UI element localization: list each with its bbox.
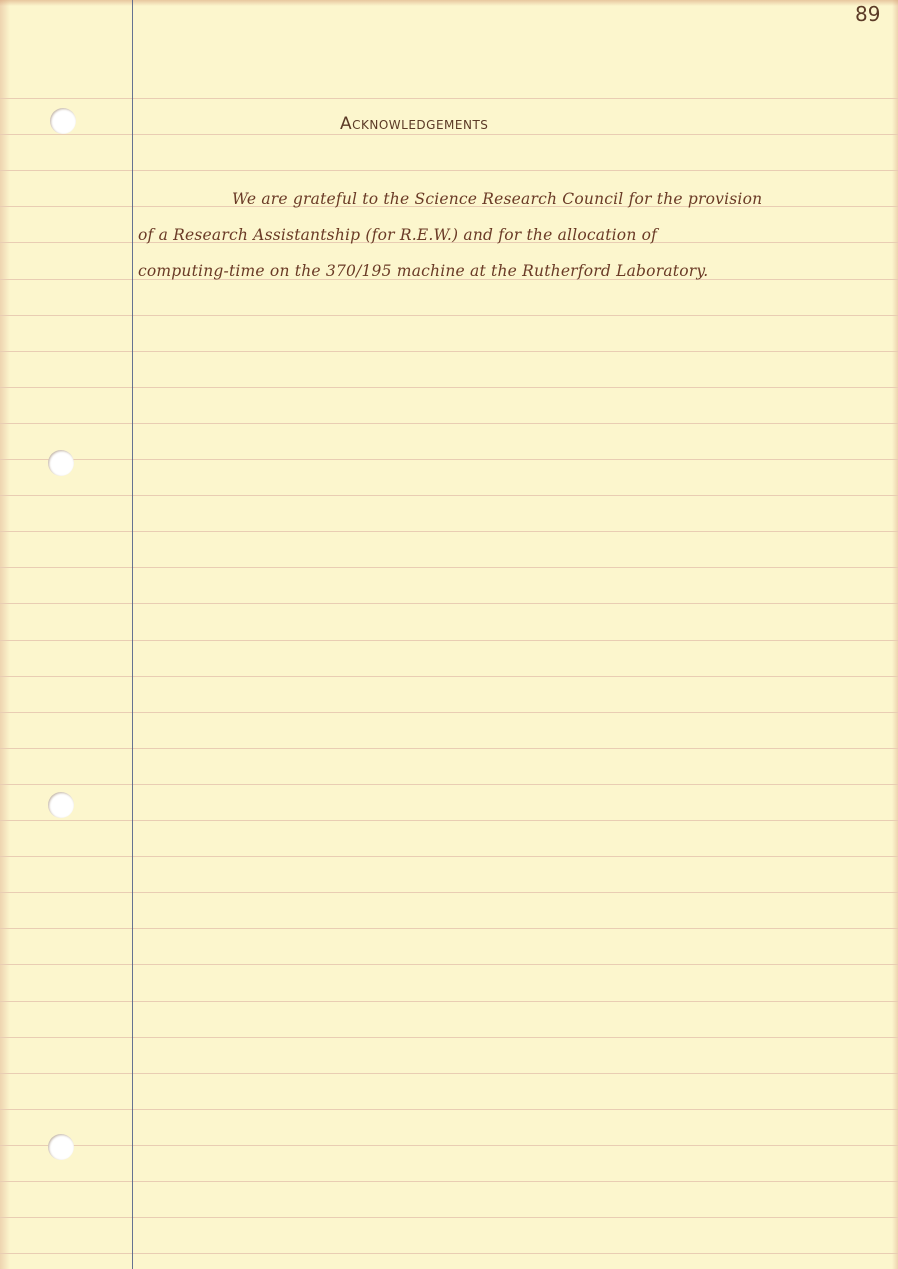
ruled-line <box>0 423 898 424</box>
ruled-line <box>0 603 898 604</box>
ruled-line <box>0 567 898 568</box>
body-text-line: computing-time on the 370/195 machine at… <box>138 262 708 280</box>
ruled-line <box>0 964 898 965</box>
margin-rule <box>132 0 133 1269</box>
ruled-line <box>0 820 898 821</box>
ruled-line <box>0 98 898 99</box>
ruled-line <box>0 134 898 135</box>
ruled-line <box>0 784 898 785</box>
body-text-line: We are grateful to the Science Research … <box>232 190 762 208</box>
punch-hole <box>48 450 74 476</box>
ruled-line <box>0 351 898 352</box>
punch-hole <box>48 1134 74 1160</box>
ruled-line <box>0 748 898 749</box>
punch-hole <box>48 792 74 818</box>
ruled-line <box>0 495 898 496</box>
ruled-line <box>0 1253 898 1254</box>
ruled-line <box>0 1109 898 1110</box>
ruled-line <box>0 315 898 316</box>
page-title: Acknowledgements <box>340 114 488 134</box>
ruled-line <box>0 892 898 893</box>
ruled-line <box>0 856 898 857</box>
page-number: 89 <box>855 2 880 26</box>
body-text-line: of a Research Assistantship (for R.E.W.)… <box>138 226 657 244</box>
ruled-line <box>0 1001 898 1002</box>
ruled-line <box>0 1145 898 1146</box>
notebook-page: 89 Acknowledgements We are grateful to t… <box>0 0 898 1269</box>
ruled-line <box>0 1217 898 1218</box>
ruled-line <box>0 712 898 713</box>
ruled-line <box>0 387 898 388</box>
punch-hole <box>50 108 76 134</box>
ruled-line <box>0 531 898 532</box>
ruled-line <box>0 676 898 677</box>
ruled-line <box>0 640 898 641</box>
ruled-line <box>0 1073 898 1074</box>
ruled-line <box>0 170 898 171</box>
ruled-line <box>0 928 898 929</box>
ruled-line <box>0 1037 898 1038</box>
ruled-line <box>0 1181 898 1182</box>
ruled-line <box>0 459 898 460</box>
